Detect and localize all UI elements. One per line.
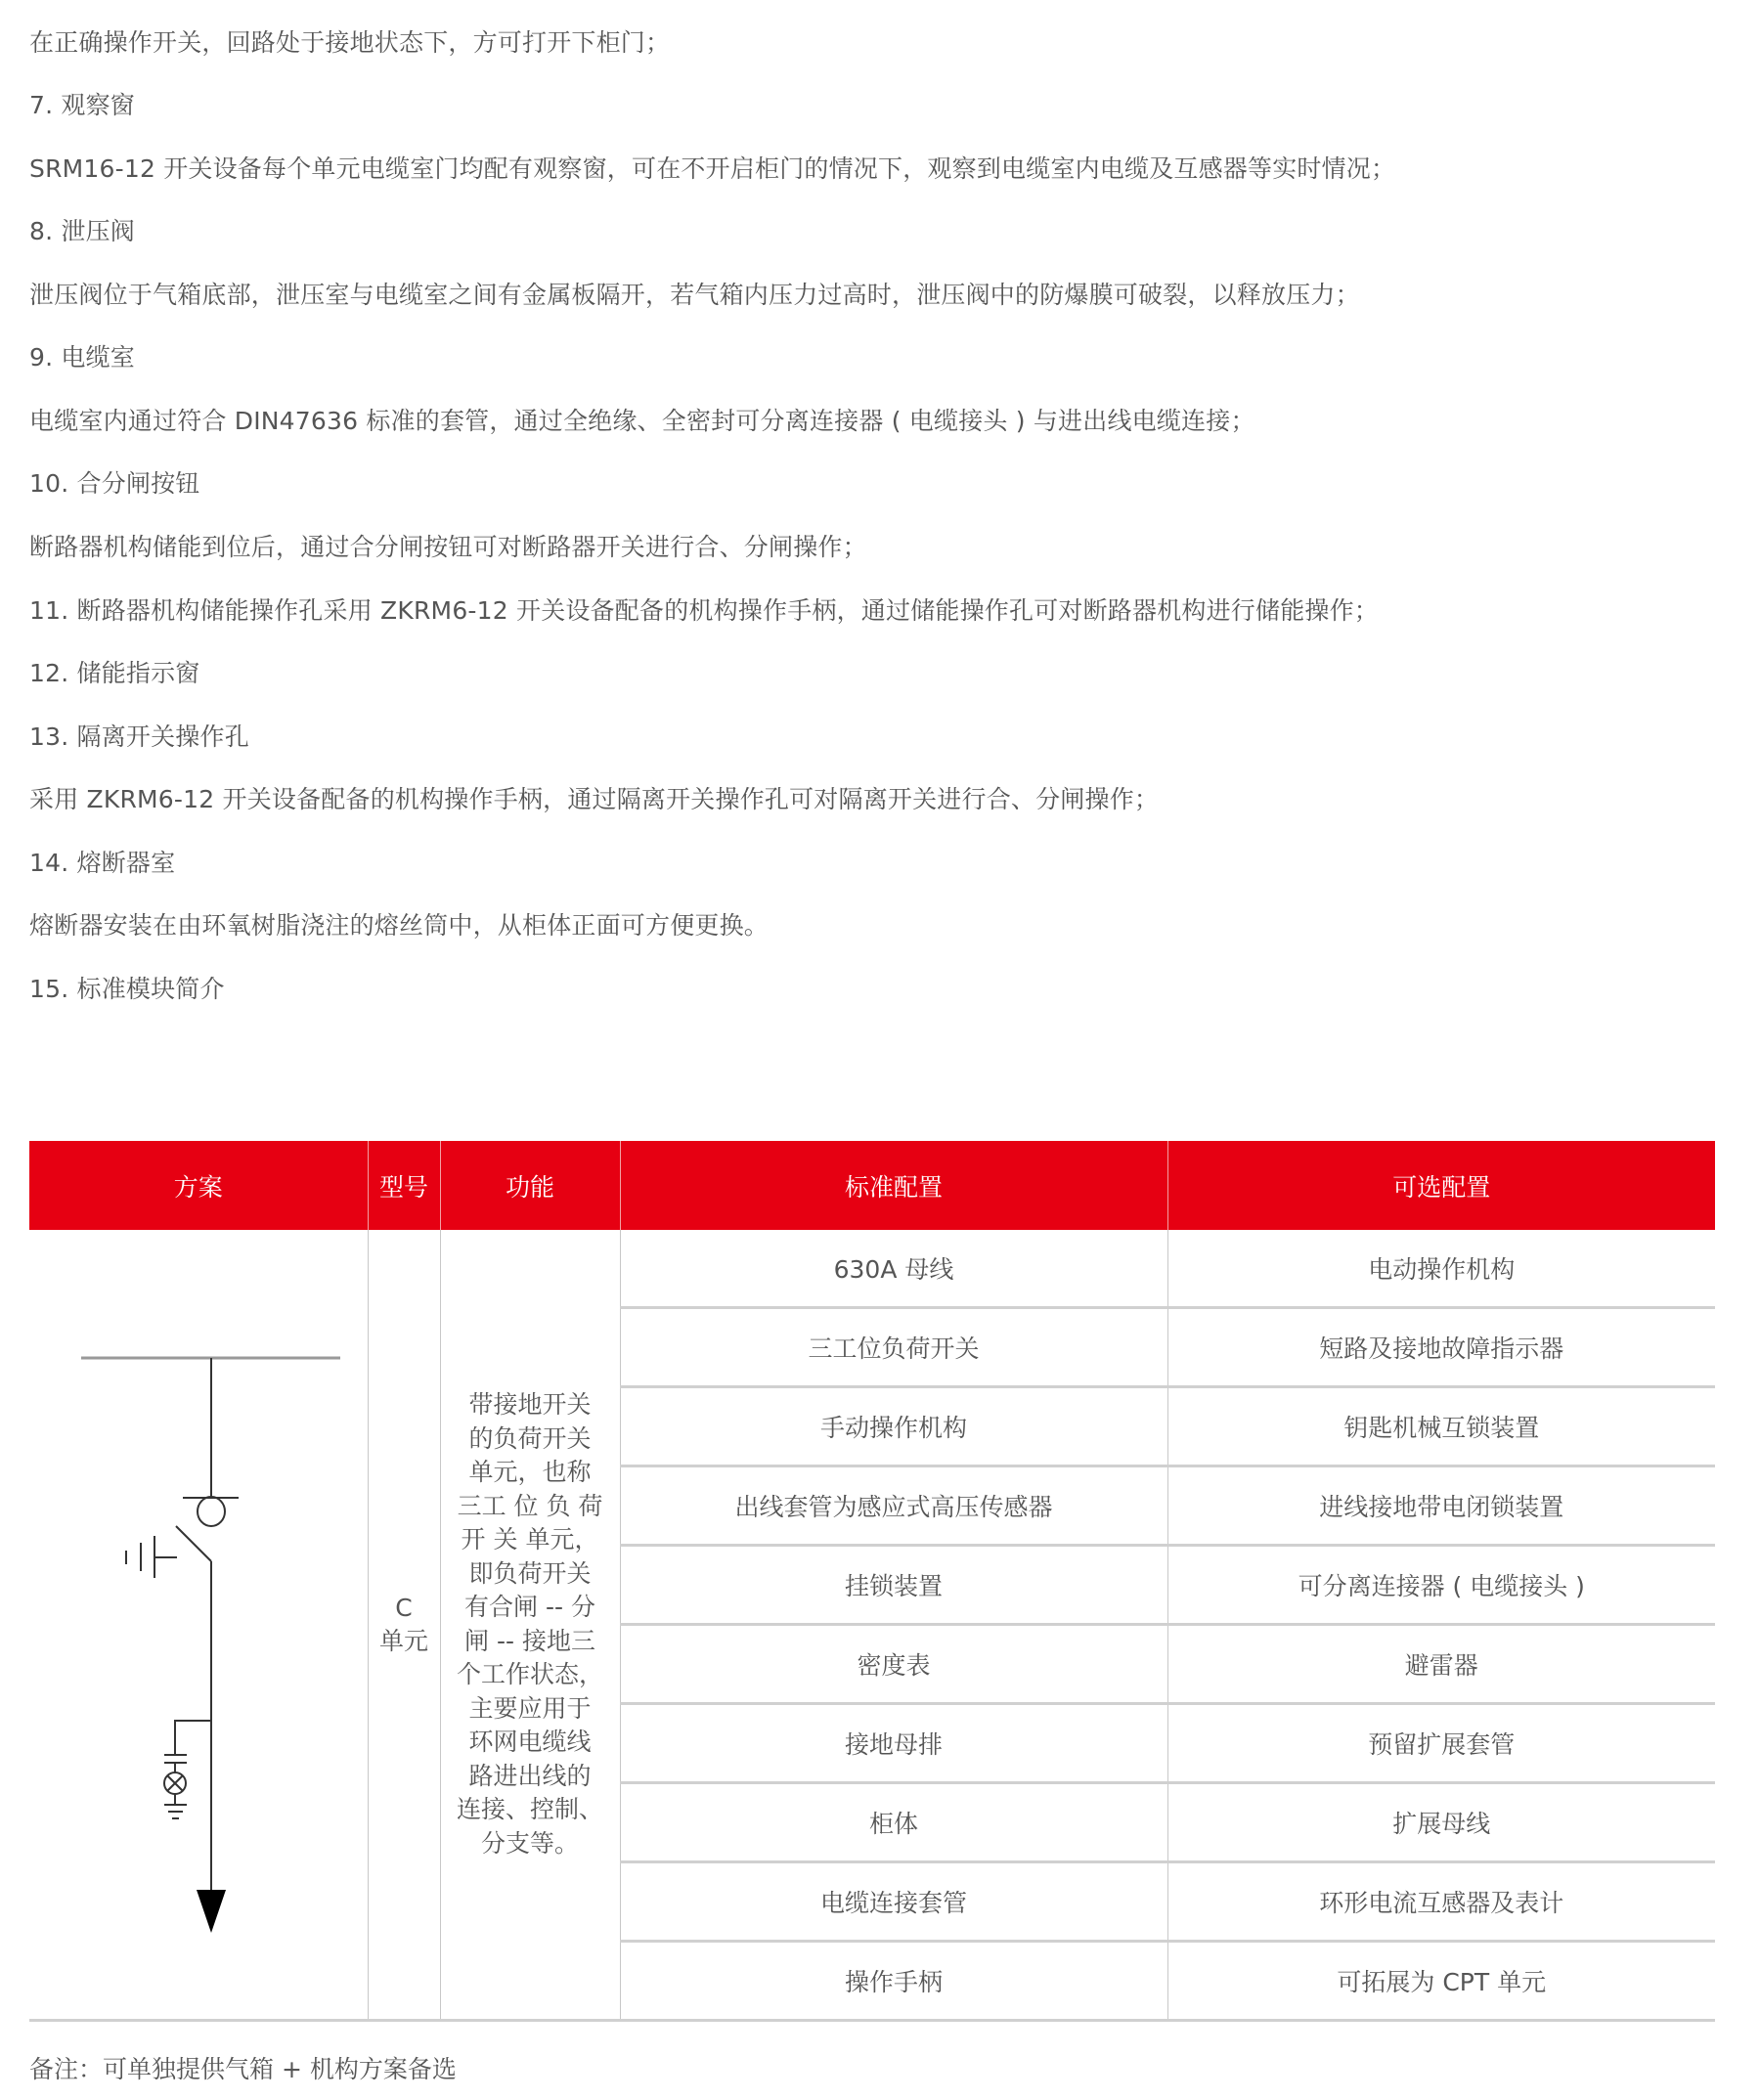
isolator-contact-icon xyxy=(198,1497,225,1526)
footnote: 备注：可单独提供气箱 + 机构方案备选 xyxy=(29,2053,457,2086)
cable-outlet-arrow-icon xyxy=(197,1890,226,1933)
indicator-branch-line xyxy=(175,1721,211,1755)
single-line-diagram xyxy=(0,0,1760,2100)
load-switch-blade-icon xyxy=(176,1526,211,1561)
